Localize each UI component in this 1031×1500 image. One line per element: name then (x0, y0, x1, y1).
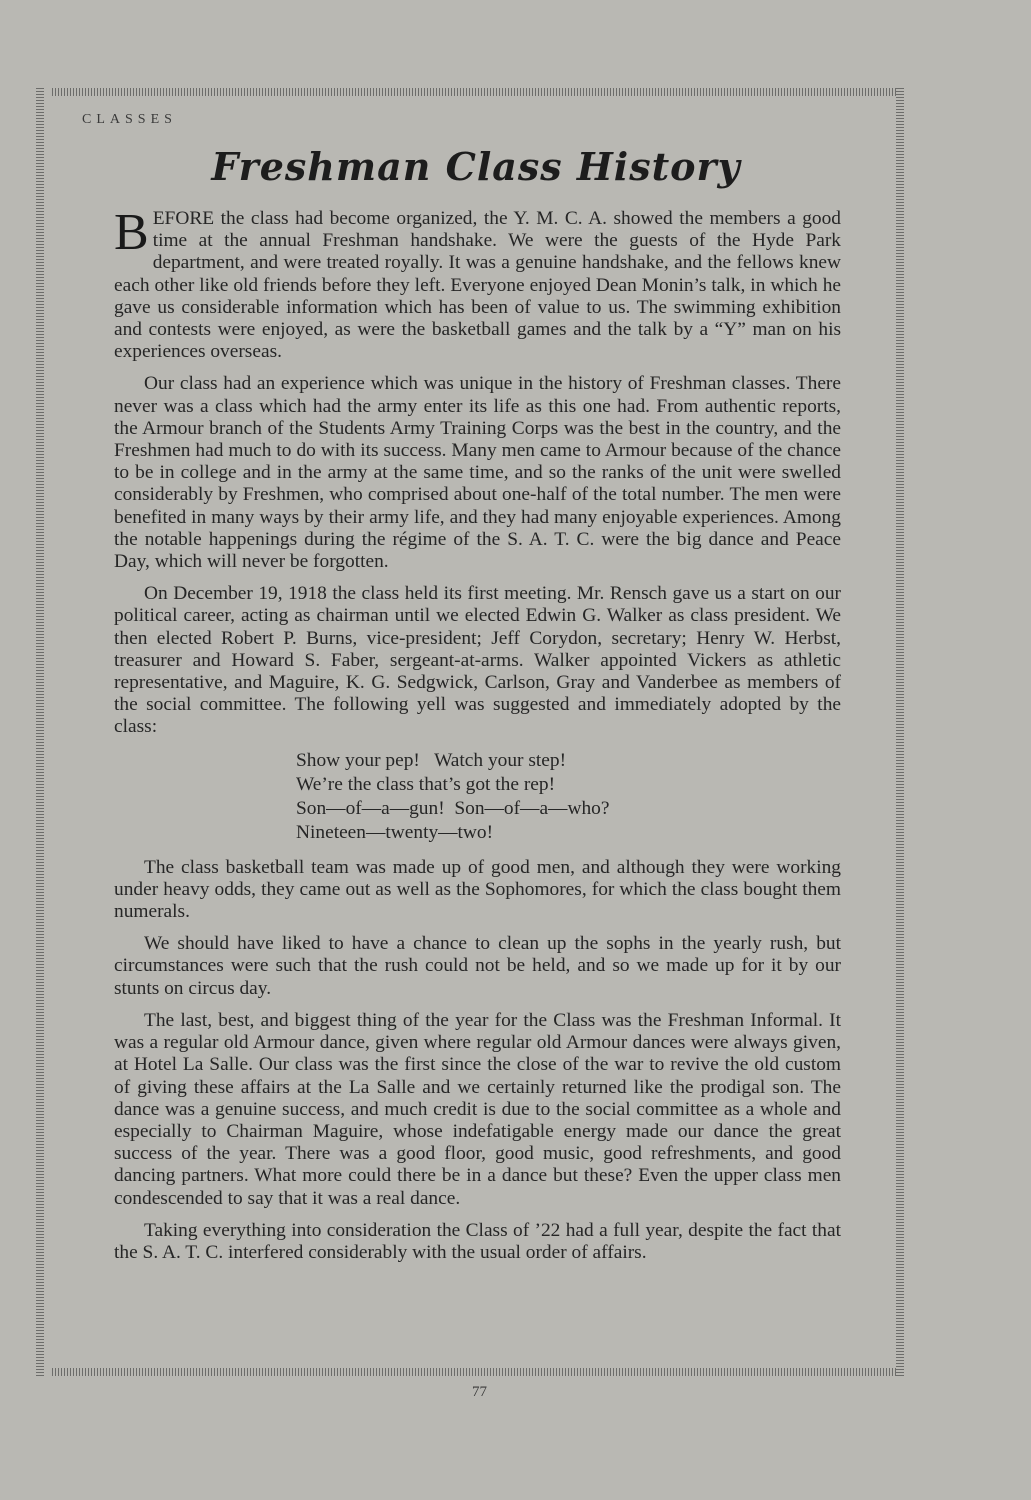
border-bottom (52, 1368, 904, 1376)
paragraph: The class basketball team was made up of… (114, 857, 841, 924)
border-top (52, 88, 904, 96)
page-number: 77 (472, 1384, 487, 1401)
verse-line: Son—of—a—gun! Son—of—a—who? (296, 797, 841, 821)
drop-cap: B (114, 212, 149, 254)
page-title: Freshman Class History (0, 144, 952, 189)
paragraph: BEFORE the class had become organized, t… (114, 208, 841, 363)
paragraph: We should have liked to have a chance to… (114, 933, 841, 1000)
paragraph: The last, best, and biggest thing of the… (114, 1010, 841, 1210)
verse-line: Nineteen—twenty—two! (296, 821, 841, 845)
class-yell: Show your pep! Watch your step! We’re th… (296, 749, 841, 845)
paragraph-text: EFORE the class had become organized, th… (114, 208, 841, 362)
paragraph: Our class had an experience which was un… (114, 373, 841, 573)
paragraph: On December 19, 1918 the class held its … (114, 583, 841, 738)
border-left (36, 88, 44, 1376)
section-label: CLASSES (82, 112, 177, 128)
paragraph: Taking everything into consideration the… (114, 1220, 841, 1264)
border-right (896, 88, 904, 1376)
article-body: BEFORE the class had become organized, t… (114, 208, 841, 1274)
verse-line: We’re the class that’s got the rep! (296, 773, 841, 797)
verse-line: Show your pep! Watch your step! (296, 749, 841, 773)
